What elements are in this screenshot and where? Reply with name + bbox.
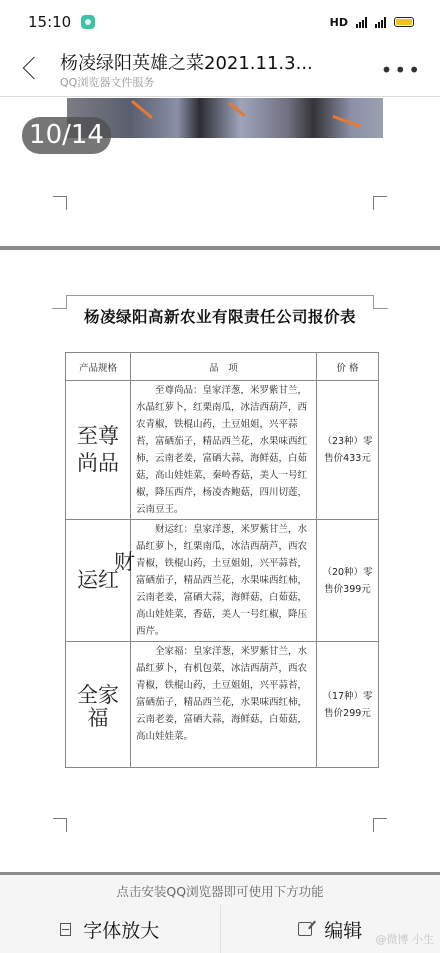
- items-cell: 财运红：皇家洋葱，米罗紫甘兰，水晶红萝卜，红栗南瓜，冰洁西葫芦，西农青椒，铁棍山…: [131, 520, 317, 642]
- hd-indicator: HD: [330, 16, 348, 29]
- signal-4g-2-icon: [375, 17, 386, 28]
- items-cell: 至尊尚品：皇家洋葱，米罗紫甘兰，水晶红萝卜，红栗南瓜，冰洁西葫芦，西农青椒，铁棍…: [131, 381, 317, 520]
- header-spec: 产品规格: [66, 353, 131, 381]
- price-cell: （17种）零售价299元: [317, 642, 379, 768]
- header-items: 品 项: [131, 353, 317, 381]
- app-notification-icon: [81, 15, 95, 29]
- toolbar-actions: 字体放大 编辑: [0, 905, 440, 953]
- items-cell: 全家福：皇家洋葱，米罗紫甘兰，水晶红萝卜，有机包菜，冰洁西葫芦，西农青椒，铁棍山…: [131, 642, 317, 768]
- document-title: 杨凌绿阳英雄之菜2021.11.3...: [60, 49, 313, 75]
- quote-sheet-title: 杨凌绿阳高新农业有限责任公司报价表: [0, 305, 440, 327]
- font-enlarge-label: 字体放大: [83, 916, 159, 943]
- app-header: 杨凌绿阳英雄之菜2021.11.3... QQ浏览器文件服务 •••: [0, 44, 440, 97]
- table-header-row: 产品规格 品 项 价 格: [66, 353, 379, 381]
- spec-cell: 全家 福: [66, 642, 131, 768]
- table-row: 至尊 尚品 至尊尚品：皇家洋葱，米罗紫甘兰，水晶红萝卜，红栗南瓜，冰洁西葫芦，西…: [66, 381, 379, 520]
- price-table: 产品规格 品 项 价 格 至尊 尚品 至尊尚品：皇家洋葱，米罗紫甘兰，水晶红萝卜…: [65, 352, 379, 768]
- font-enlarge-button[interactable]: 字体放大: [0, 905, 221, 953]
- status-bar: 15:10 HD: [0, 0, 440, 44]
- back-button[interactable]: [18, 54, 42, 84]
- price-cell: （23种）零售价433元: [317, 381, 379, 520]
- edit-label: 编辑: [324, 916, 362, 943]
- install-tip[interactable]: 点击安装QQ浏览器即可使用下方功能: [0, 882, 440, 900]
- crop-mark: [373, 196, 387, 210]
- page-divider: [0, 246, 440, 250]
- header-price: 价 格: [317, 353, 379, 381]
- price-cell: （20种）零售价399元: [317, 520, 379, 642]
- status-indicators: HD: [330, 16, 414, 29]
- table-row: 运红财 财运红：皇家洋葱，米罗紫甘兰，水晶红萝卜，红栗南瓜，冰洁西葫芦，西农青椒…: [66, 520, 379, 642]
- crop-mark: [53, 196, 67, 210]
- font-size-icon: [60, 923, 71, 936]
- spec-cell: 至尊 尚品: [66, 381, 131, 520]
- edit-icon: [298, 922, 312, 936]
- status-time: 15:10: [28, 13, 71, 31]
- bottom-toolbar: 点击安装QQ浏览器即可使用下方功能 字体放大 编辑 @微博 小生: [0, 872, 440, 953]
- service-subtitle: QQ浏览器文件服务: [60, 74, 154, 90]
- table-row: 全家 福 全家福：皇家洋葱，米罗紫甘兰，水晶红萝卜，有机包菜，冰洁西葫芦，西农青…: [66, 642, 379, 768]
- signal-4g-icon: [356, 17, 367, 28]
- document-viewer[interactable]: 10/14 杨凌绿阳高新农业有限责任公司报价表 产品规格 品 项 价 格 至尊 …: [0, 98, 440, 872]
- watermark: @微博 小生: [376, 931, 435, 947]
- page-indicator: 10/14: [22, 117, 111, 154]
- spec-cell: 运红财: [66, 520, 131, 642]
- more-options-button[interactable]: •••: [381, 58, 422, 82]
- crop-mark: [53, 818, 67, 832]
- crop-mark: [373, 818, 387, 832]
- page-margin-line: [66, 295, 374, 296]
- battery-icon: [394, 17, 414, 27]
- previous-page-photo: [67, 98, 383, 138]
